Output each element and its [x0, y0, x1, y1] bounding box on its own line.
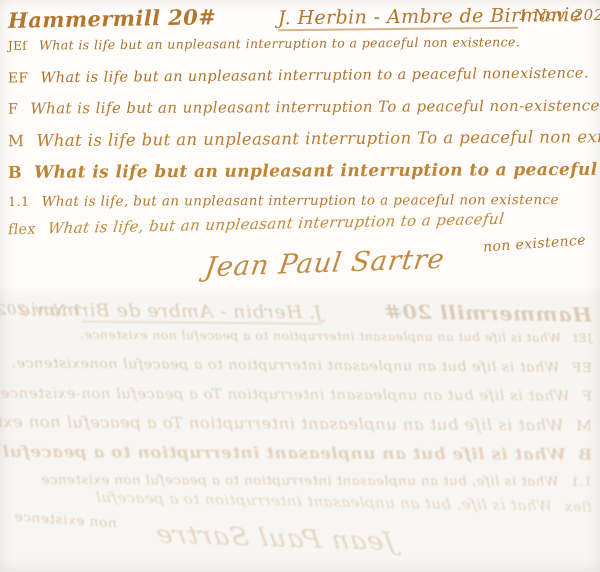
ink-name: J. Herbin - Ambre de Birmanie [278, 5, 518, 32]
paper-name: Hammermill 20# [8, 4, 217, 33]
writing-sample-line: 1.1 What is life, but an unpleasant inte… [8, 192, 559, 210]
bleed-text: What is life but an unpleasant interrupt… [0, 385, 570, 404]
scanned-handwriting-page: Hammermill 20# J. Herbin - Ambre de Birm… [0, 0, 600, 572]
bleed-nib-label: F [582, 389, 592, 404]
nib-label: M [8, 131, 25, 150]
bleed-nib-label: B [578, 446, 592, 464]
bleed-line: M What is life but an unpleasant interru… [0, 413, 592, 435]
sample-text: What is life but an unpleasant interrupt… [34, 159, 600, 183]
nib-label: B [8, 163, 22, 182]
bleed-signature: Jean Paul Sartre [153, 520, 397, 556]
bleed-nib-label: 1.1 [570, 475, 592, 489]
writing-sample-line: M What is life but an unpleasant interru… [8, 127, 600, 151]
bleed-line: B What is life but an unpleasant interru… [0, 442, 592, 464]
signature: Jean Paul Sartre [203, 244, 447, 284]
header-row: Hammermill 20# J. Herbin - Ambre de Birm… [8, 6, 592, 31]
sample-text: What is life but an unpleasant interrupt… [39, 34, 520, 52]
bleed-through-reverse-side: Hammermill 20# J. Herbin - Ambre de Birm… [0, 296, 600, 563]
bleed-nib-label: M [575, 417, 592, 435]
writing-sample-line: F What is life but an unpleasant interru… [8, 96, 600, 117]
bleed-line: EF What is life but an unpleasant interr… [11, 356, 592, 375]
bleed-line: 1.1 What is life, but an unpleasant inte… [41, 473, 592, 489]
bleed-paper-name: Hammermill 20# [384, 300, 593, 326]
bleed-text: What is life, but an unpleasant interrup… [95, 489, 553, 514]
bleed-text: What is life but an unpleasant interrupt… [11, 356, 560, 375]
writing-sample-line: B What is life but an unpleasant interru… [8, 159, 600, 183]
sample-text: What is life but an unpleasant interrupt… [40, 65, 589, 86]
bleed-text: What is life but an unpleasant interrupt… [80, 327, 561, 344]
sample-text: What is life, but an unpleasant interrup… [47, 210, 505, 238]
sample-text: What is life but an unpleasant interrupt… [36, 127, 600, 150]
bleed-line: flex What is life, but an unpleasant int… [95, 489, 593, 515]
writing-sample-line: EF What is life but an unpleasant interr… [8, 65, 589, 86]
bleed-nib-label: EF [572, 361, 593, 376]
bleed-header-row: Hammermill 20# J. Herbin - Ambre de Birm… [8, 302, 592, 325]
nib-label: EF [8, 70, 29, 86]
bleed-text: What is life, but an unpleasant interrup… [41, 473, 558, 489]
nib-label: F [8, 102, 18, 118]
bleed-wrapped-text: non existence [14, 510, 118, 531]
bleed-text: What is life but an unpleasant interrupt… [0, 442, 566, 464]
writing-sample-line: JEf What is life but an unpleasant inter… [8, 34, 520, 53]
wrapped-text: non existence [483, 232, 587, 255]
bleed-ink-name: J. Herbin - Ambre de Birmanie [82, 300, 322, 324]
nib-label: flex [7, 222, 37, 239]
nib-label: JEf [8, 39, 27, 53]
bleed-text: What is life but an unpleasant interrupt… [0, 413, 564, 435]
bleed-nib-label: JEf [573, 332, 592, 345]
nib-label: 1.1 [8, 195, 30, 210]
sample-text: What is life but an unpleasant interrupt… [30, 96, 600, 117]
bleed-line: F What is life but an unpleasant interru… [0, 385, 592, 404]
writing-sample-line: flex What is life, but an unpleasant int… [7, 210, 505, 238]
sample-text: What is life, but an unpleasant interrup… [42, 192, 559, 210]
bleed-nib-label: flex [563, 500, 593, 515]
front-side: Hammermill 20# J. Herbin - Ambre de Birm… [0, 0, 600, 290]
bleed-line: JEf What is life but an unpleasant inter… [80, 327, 592, 344]
